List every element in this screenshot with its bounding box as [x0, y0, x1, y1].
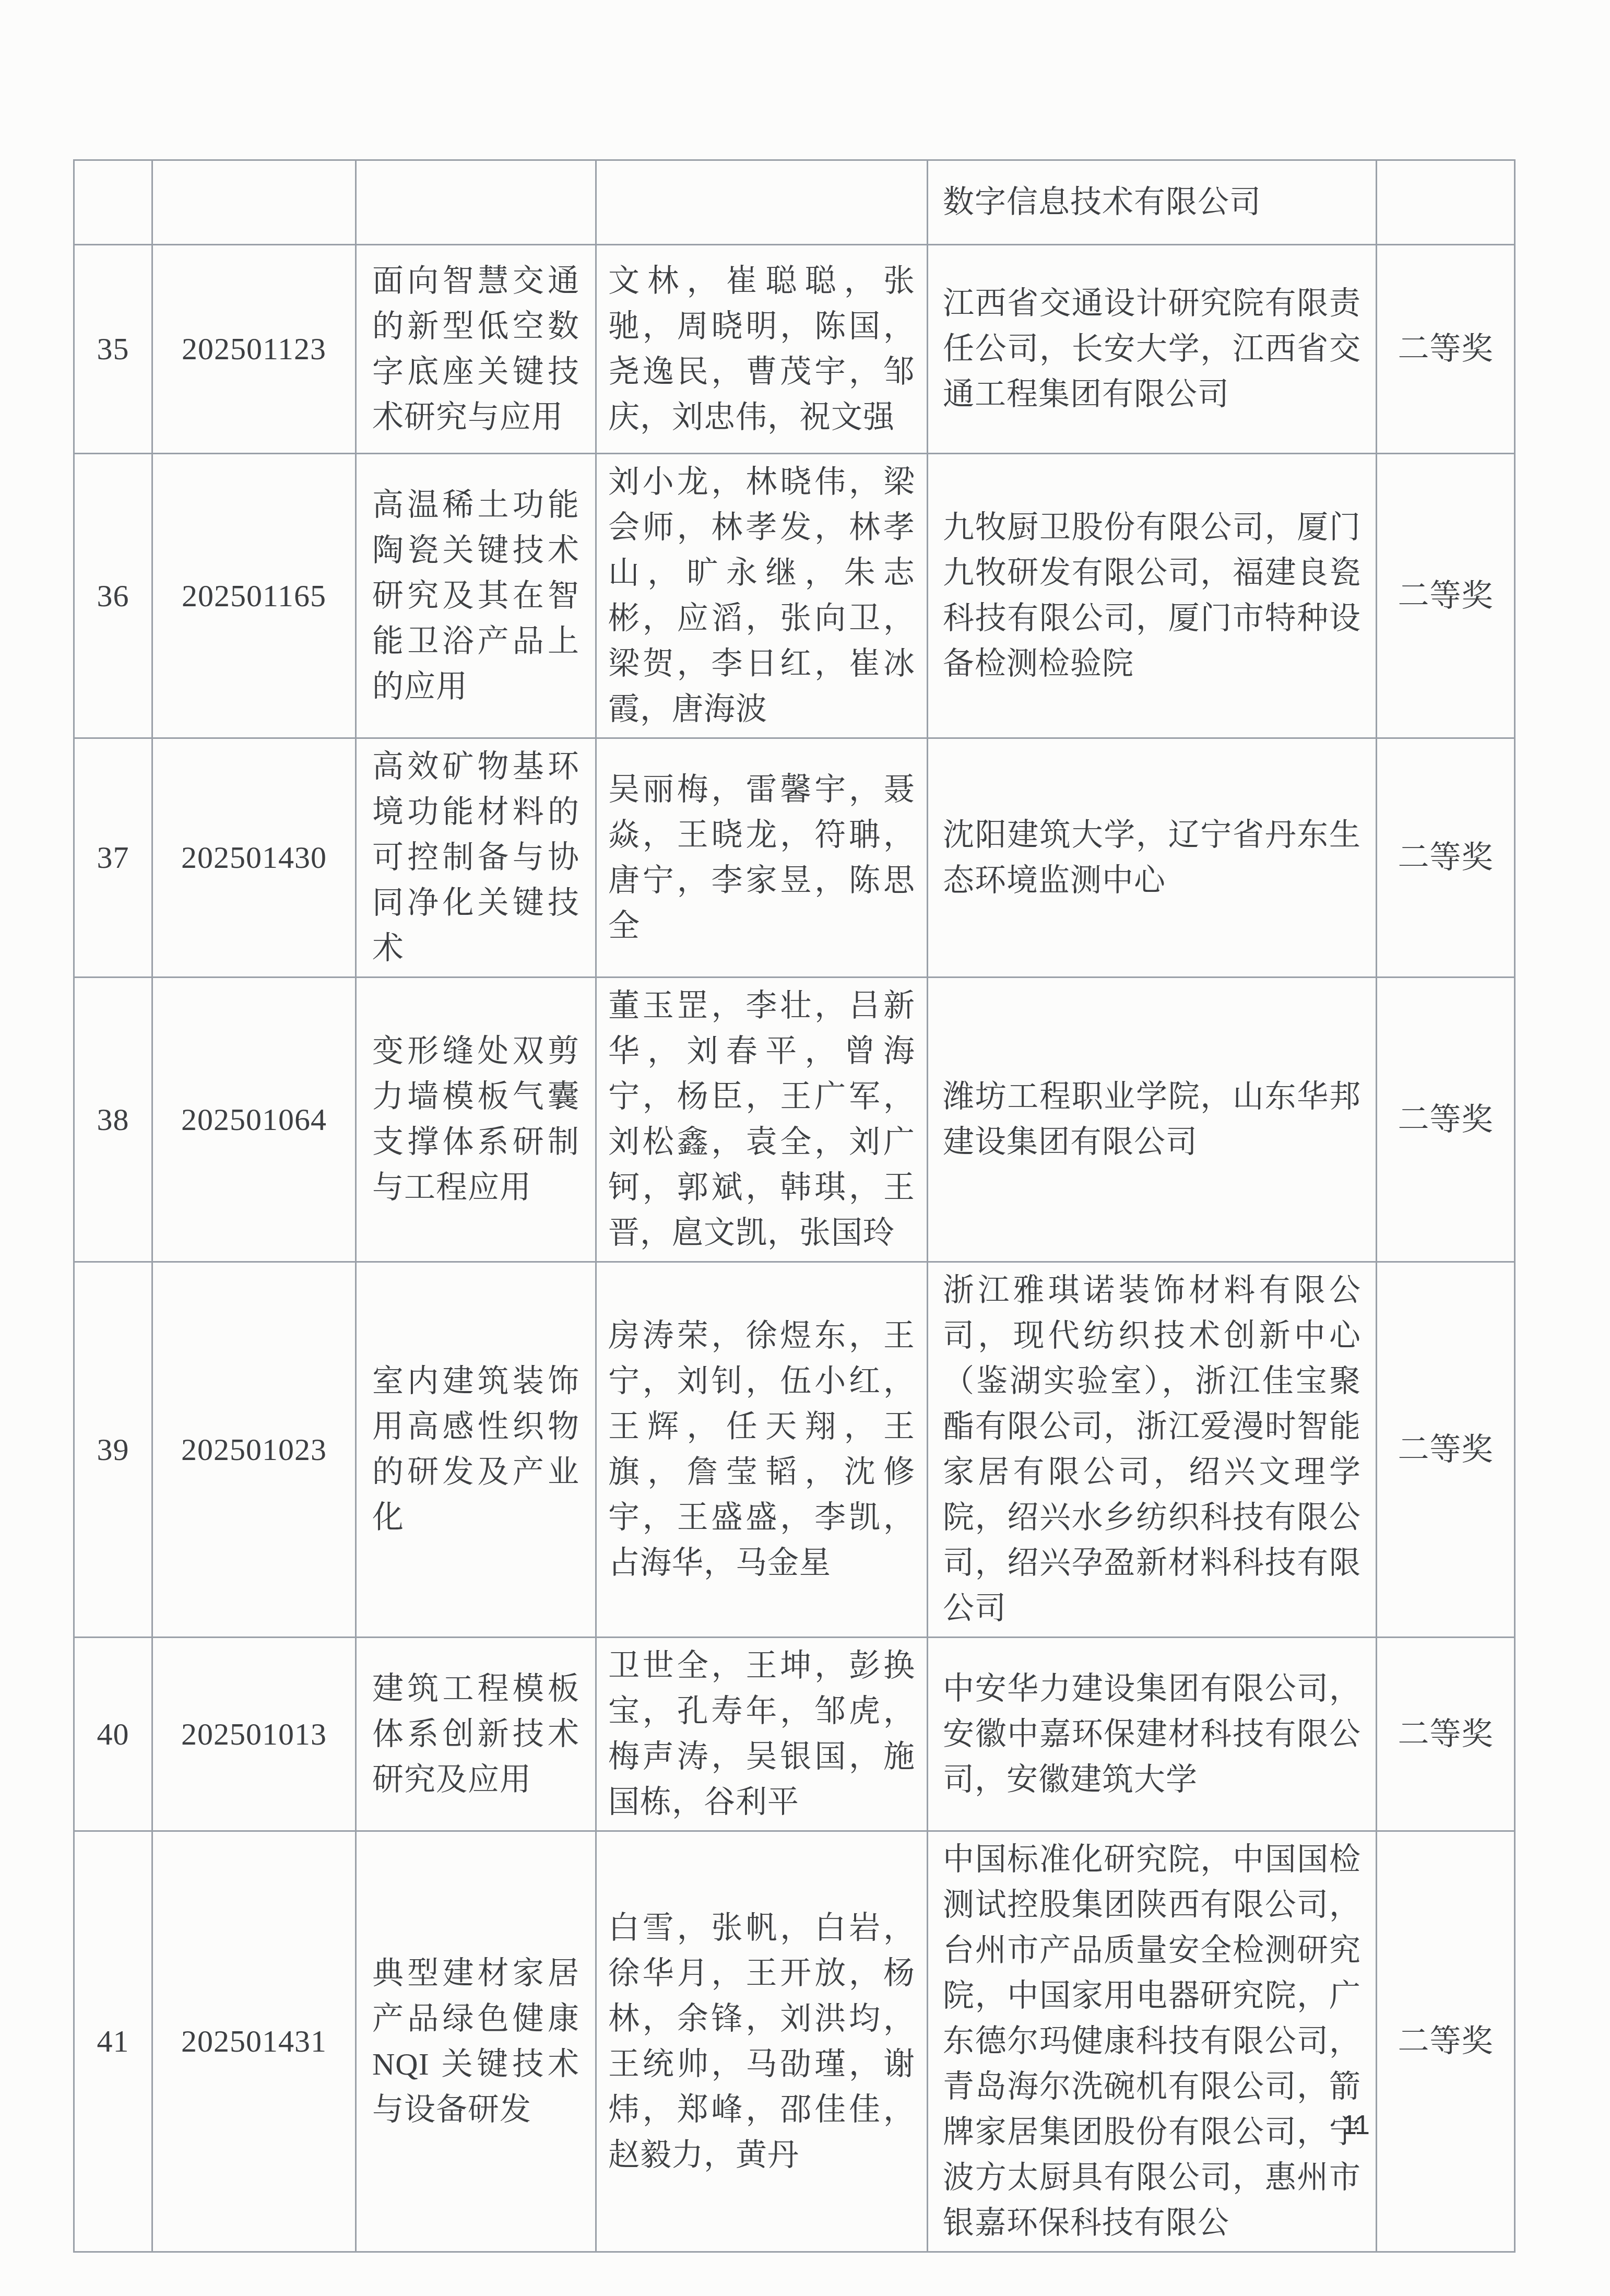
- page-number: 11: [1342, 2110, 1370, 2141]
- project-title: 变形缝处双剪力墙模板气囊支撑体系研制与工程应用: [372, 1034, 579, 1205]
- project-title-cell: 典型建材家居产品绿色健康NQI 关键技术与设备研发: [356, 1831, 596, 2252]
- award-list-table: 数字信息技术有限公司 35 202501123 面向智慧交通的新型低空数字底座关…: [73, 159, 1516, 2253]
- project-id: 202501430: [181, 840, 327, 875]
- award-level-cell: 二等奖: [1377, 1638, 1515, 1831]
- project-title-cell: 高效矿物基环境功能材料的可控制备与协同净化关键技术: [356, 738, 596, 978]
- table-row: 37 202501430 高效矿物基环境功能材料的可控制备与协同净化关键技术 吴…: [74, 738, 1515, 978]
- row-number-cell: 41: [74, 1831, 152, 2252]
- project-title-cell: 室内建筑装饰用高感性织物的研发及产业化: [356, 1262, 596, 1638]
- awardee-people: 刘小龙，林晓伟，梁会师，林孝发，林孝山，旷永继，朱志彬，应滔，张向卫，梁贺，李日…: [608, 465, 915, 726]
- award-level: 二等奖: [1398, 1717, 1494, 1751]
- row-number-cell: 39: [74, 1262, 152, 1638]
- award-level: 二等奖: [1398, 332, 1494, 366]
- project-title-cell: 高温稀土功能陶瓷关键技术研究及其在智能卫浴产品上的应用: [356, 454, 596, 738]
- awardee-orgs-cell: 中国标准化研究院，中国国检测试控股集团陕西有限公司，台州市产品质量安全检测研究院…: [928, 1831, 1377, 2252]
- row-number-cell: 38: [74, 978, 152, 1262]
- awardee-orgs-cell: 数字信息技术有限公司: [928, 160, 1377, 245]
- row-number: 36: [97, 579, 129, 613]
- project-title: 面向智慧交通的新型低空数字底座关键技术研究与应用: [372, 264, 579, 434]
- row-number: 38: [97, 1102, 129, 1137]
- project-id-cell: 202501431: [152, 1831, 356, 2252]
- awardee-people: 董玉罡，李壮，吕新华，刘春平，曾海宁，杨臣，王广军，刘松鑫，袁全，刘广钶，郭斌，…: [608, 988, 915, 1250]
- award-level: 二等奖: [1398, 1102, 1494, 1137]
- awardee-orgs-cell: 沈阳建筑大学，辽宁省丹东生态环境监测中心: [928, 738, 1377, 978]
- row-number-cell: 36: [74, 454, 152, 738]
- table-row-continuation: 数字信息技术有限公司: [74, 160, 1515, 245]
- project-id: 202501013: [181, 1717, 327, 1751]
- project-id-cell: 202501064: [152, 978, 356, 1262]
- table-row: 41 202501431 典型建材家居产品绿色健康NQI 关键技术与设备研发 白…: [74, 1831, 1515, 2252]
- row-number: 35: [97, 332, 129, 366]
- project-id-cell: 202501023: [152, 1262, 356, 1638]
- awardee-people-cell: 董玉罡，李壮，吕新华，刘春平，曾海宁，杨臣，王广军，刘松鑫，袁全，刘广钶，郭斌，…: [596, 978, 928, 1262]
- project-title-cell: [356, 160, 596, 245]
- table-row: 38 202501064 变形缝处双剪力墙模板气囊支撑体系研制与工程应用 董玉罡…: [74, 978, 1515, 1262]
- project-title-cell: 面向智慧交通的新型低空数字底座关键技术研究与应用: [356, 245, 596, 454]
- awardee-people-cell: 文林，崔聪聪，张驰，周晓明，陈国，尧逸民，曹茂宇，邹庆，刘忠伟，祝文强: [596, 245, 928, 454]
- project-title: 高效矿物基环境功能材料的可控制备与协同净化关键技术: [372, 749, 579, 966]
- awardee-orgs: 浙江雅琪诺装饰材料有限公司，现代纺织技术创新中心（鉴湖实验室），浙江佳宝聚酯有限…: [943, 1273, 1361, 1626]
- awardee-people-cell: 房涛荣，徐煜东，王宁，刘钊，伍小红，王辉，任天翔，王旗，詹莹韬，沈修宇，王盛盛，…: [596, 1262, 928, 1638]
- project-id-cell: [152, 160, 356, 245]
- table-row: 36 202501165 高温稀土功能陶瓷关键技术研究及其在智能卫浴产品上的应用…: [74, 454, 1515, 738]
- awardee-orgs-cell: 九牧厨卫股份有限公司，厦门九牧研发有限公司，福建良瓷科技有限公司，厦门市特种设备…: [928, 454, 1377, 738]
- awardee-orgs-cell: 潍坊工程职业学院，山东华邦建设集团有限公司: [928, 978, 1377, 1262]
- project-title: 室内建筑装饰用高感性织物的研发及产业化: [372, 1364, 579, 1535]
- award-level-cell: 二等奖: [1377, 454, 1515, 738]
- awardee-people: 卫世全，王坤，彭换宝，孔寿年，邹虎，梅声涛，吴银国，施国栋，谷利平: [608, 1649, 915, 1819]
- awardee-orgs-cell: 浙江雅琪诺装饰材料有限公司，现代纺织技术创新中心（鉴湖实验室），浙江佳宝聚酯有限…: [928, 1262, 1377, 1638]
- award-level: 二等奖: [1398, 2024, 1494, 2058]
- awardee-people: 文林，崔聪聪，张驰，周晓明，陈国，尧逸民，曹茂宇，邹庆，刘忠伟，祝文强: [608, 264, 915, 434]
- award-level: 二等奖: [1398, 579, 1494, 613]
- awardee-people-cell: 卫世全，王坤，彭换宝，孔寿年，邹虎，梅声涛，吴银国，施国栋，谷利平: [596, 1638, 928, 1831]
- awardee-orgs: 数字信息技术有限公司: [943, 185, 1261, 219]
- awardee-people-cell: 白雪，张帆，白岩，徐华月，王开放，杨林，余锋，刘洪均，王统帅，马劭瑾，谢炜，郑峰…: [596, 1831, 928, 2252]
- project-title: 典型建材家居产品绿色健康NQI 关键技术与设备研发: [372, 1956, 579, 2127]
- row-number: 37: [97, 840, 129, 875]
- awardee-people-cell: [596, 160, 928, 245]
- project-id-cell: 202501123: [152, 245, 356, 454]
- row-number-cell: [74, 160, 152, 245]
- row-number-cell: 37: [74, 738, 152, 978]
- awardee-orgs: 潍坊工程职业学院，山东华邦建设集团有限公司: [943, 1079, 1361, 1159]
- awardee-people: 吴丽梅，雷馨宇，聂焱，王晓龙，符聃，唐宁，李家昱，陈思全: [608, 772, 915, 943]
- awardee-orgs: 中安华力建设集团有限公司，安徽中嘉环保建材科技有限公司，安徽建筑大学: [943, 1671, 1361, 1797]
- awardee-orgs: 沈阳建筑大学，辽宁省丹东生态环境监测中心: [943, 818, 1361, 898]
- award-level-cell: 二等奖: [1377, 1262, 1515, 1638]
- project-id: 202501023: [181, 1432, 327, 1467]
- award-level-cell: 二等奖: [1377, 978, 1515, 1262]
- row-number: 40: [97, 1717, 129, 1751]
- project-id: 202501431: [181, 2024, 327, 2058]
- table-row: 40 202501013 建筑工程模板体系创新技术研究及应用 卫世全，王坤，彭换…: [74, 1638, 1515, 1831]
- awardee-orgs: 九牧厨卫股份有限公司，厦门九牧研发有限公司，福建良瓷科技有限公司，厦门市特种设备…: [943, 510, 1361, 681]
- awardee-people-cell: 刘小龙，林晓伟，梁会师，林孝发，林孝山，旷永继，朱志彬，应滔，张向卫，梁贺，李日…: [596, 454, 928, 738]
- awardee-orgs-cell: 江西省交通设计研究院有限责任公司，长安大学，江西省交通工程集团有限公司: [928, 245, 1377, 454]
- awardee-orgs-cell: 中安华力建设集团有限公司，安徽中嘉环保建材科技有限公司，安徽建筑大学: [928, 1638, 1377, 1831]
- awardee-people-cell: 吴丽梅，雷馨宇，聂焱，王晓龙，符聃，唐宁，李家昱，陈思全: [596, 738, 928, 978]
- award-level-cell: 二等奖: [1377, 245, 1515, 454]
- award-level: 二等奖: [1398, 1432, 1494, 1467]
- awardee-orgs: 中国标准化研究院，中国国检测试控股集团陕西有限公司，台州市产品质量安全检测研究院…: [943, 1842, 1361, 2240]
- project-id: 202501165: [182, 579, 326, 613]
- award-level-cell: 二等奖: [1377, 738, 1515, 978]
- awardee-orgs: 江西省交通设计研究院有限责任公司，长安大学，江西省交通工程集团有限公司: [943, 286, 1361, 411]
- project-title-cell: 建筑工程模板体系创新技术研究及应用: [356, 1638, 596, 1831]
- project-title: 高温稀土功能陶瓷关键技术研究及其在智能卫浴产品上的应用: [372, 488, 579, 704]
- award-level: 二等奖: [1398, 840, 1494, 875]
- award-level-cell: 二等奖: [1377, 1831, 1515, 2252]
- row-number: 39: [97, 1432, 129, 1467]
- project-title: 建筑工程模板体系创新技术研究及应用: [372, 1671, 579, 1797]
- project-title-cell: 变形缝处双剪力墙模板气囊支撑体系研制与工程应用: [356, 978, 596, 1262]
- table-row: 35 202501123 面向智慧交通的新型低空数字底座关键技术研究与应用 文林…: [74, 245, 1515, 454]
- row-number: 41: [97, 2024, 129, 2058]
- scanned-document-page: 数字信息技术有限公司 35 202501123 面向智慧交通的新型低空数字底座关…: [0, 0, 1610, 2296]
- project-id: 202501064: [181, 1102, 327, 1137]
- row-number-cell: 40: [74, 1638, 152, 1831]
- project-id: 202501123: [182, 332, 326, 366]
- awardee-people: 白雪，张帆，白岩，徐华月，王开放，杨林，余锋，刘洪均，王统帅，马劭瑾，谢炜，郑峰…: [608, 1911, 915, 2172]
- table-row: 39 202501023 室内建筑装饰用高感性织物的研发及产业化 房涛荣，徐煜东…: [74, 1262, 1515, 1638]
- award-level-cell: [1377, 160, 1515, 245]
- row-number-cell: 35: [74, 245, 152, 454]
- awardee-people: 房涛荣，徐煜东，王宁，刘钊，伍小红，王辉，任天翔，王旗，詹莹韬，沈修宇，王盛盛，…: [608, 1318, 915, 1580]
- project-id-cell: 202501013: [152, 1638, 356, 1831]
- project-id-cell: 202501430: [152, 738, 356, 978]
- project-id-cell: 202501165: [152, 454, 356, 738]
